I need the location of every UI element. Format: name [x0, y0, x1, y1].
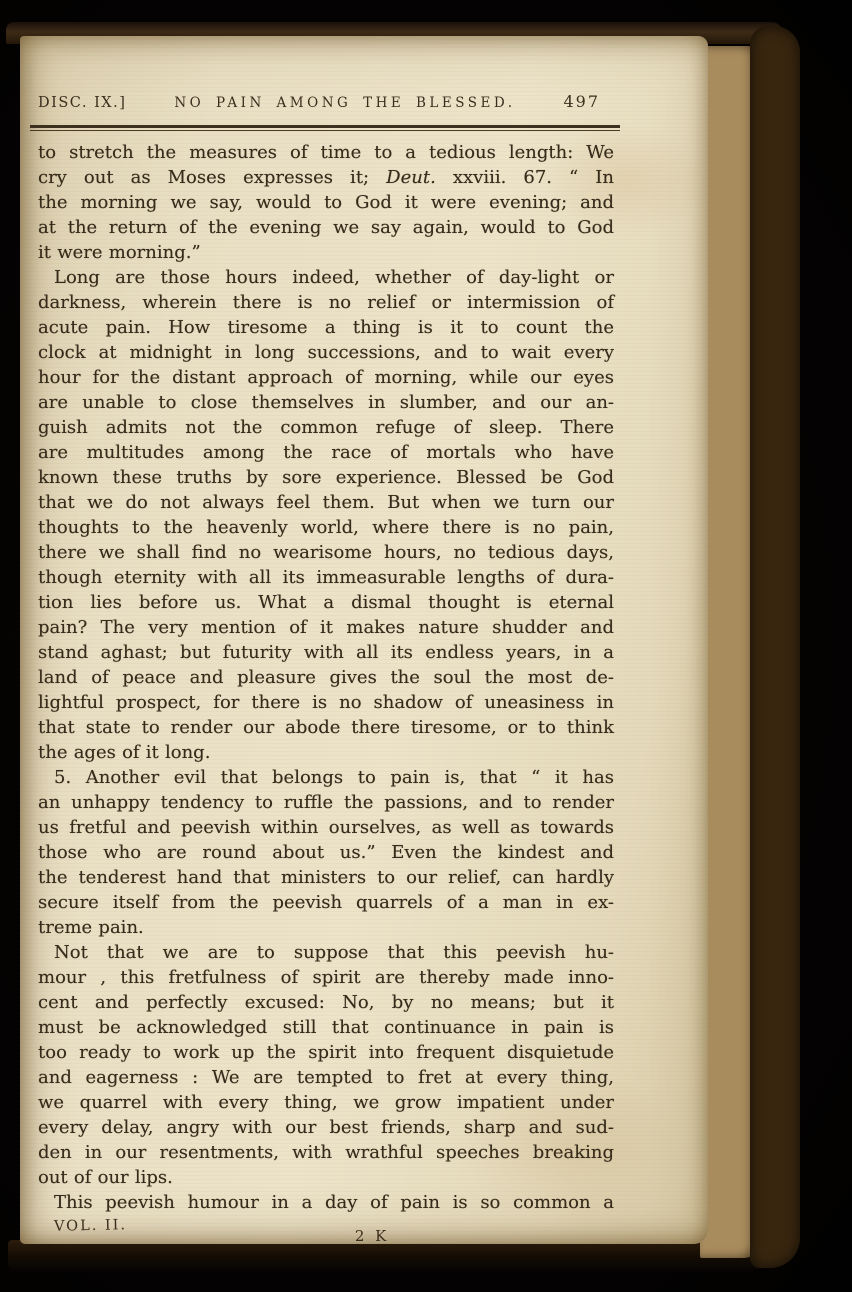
text-segment: at the return of the evening we say agai…	[38, 217, 614, 238]
paragraph: 5. Another evil that belongs to pain is,…	[38, 765, 614, 940]
text-segment: land of peace and pleasure gives the sou…	[38, 667, 614, 688]
text-segment: treme pain.	[38, 917, 144, 938]
text-line: This peevish humour in a day of pain is …	[38, 1190, 614, 1215]
text-line: us fretful and peevish within ourselves,…	[38, 815, 614, 840]
text-line: treme pain.	[38, 915, 614, 940]
header-double-rule	[30, 125, 620, 131]
text-segment: acute pain. How tiresome a thing is it t…	[38, 317, 614, 338]
text-segment: us fretful and peevish within ourselves,…	[38, 817, 614, 838]
text-segment: xxviii. 67. “ In	[436, 167, 614, 188]
text-segment: secure itself from the peevish quarrels …	[38, 892, 614, 913]
text-segment: clock at midnight in long successions, a…	[38, 342, 614, 363]
paragraph: Not that we are to suppose that this pee…	[38, 940, 614, 1190]
text-line: stand aghast; but futurity with all its …	[38, 640, 614, 665]
text-segment: stand aghast; but futurity with all its …	[38, 642, 614, 663]
text-segment: known these truths by sore experience. B…	[38, 467, 614, 488]
text-segment: there we shall find no wearisome hours, …	[38, 542, 614, 563]
text-segment: cent and perfectly excused: No, by no me…	[38, 992, 614, 1013]
text-line: that state to render our abode there tir…	[38, 715, 614, 740]
text-line: out of our lips.	[38, 1165, 614, 1190]
text-segment: pain? The very mention of it makes natur…	[38, 617, 614, 638]
page-footer: VOL. II. 2 K	[38, 1218, 614, 1248]
text-column: to stretch the measures of time to a ted…	[38, 140, 614, 1215]
text-line: darkness, wherein there is no relief or …	[38, 290, 614, 315]
text-segment: cry out as Moses expresses it;	[38, 167, 386, 188]
running-title: NO PAIN AMONG THE BLESSED.	[126, 95, 563, 111]
text-line: lightful prospect, for there is no shado…	[38, 690, 614, 715]
text-line: and eagerness : We are tempted to fret a…	[38, 1065, 614, 1090]
text-segment: every delay, angry with our best friends…	[38, 1117, 614, 1138]
text-segment: tion lies before us. What a dismal thoug…	[38, 592, 614, 613]
text-segment: hour for the distant approach of morning…	[38, 367, 614, 388]
running-header: DISC. IX.] NO PAIN AMONG THE BLESSED. 49…	[38, 92, 614, 118]
page-number: 497	[563, 92, 614, 111]
text-segment: Not that we are to suppose that this pee…	[54, 942, 614, 963]
book-photo: DISC. IX.] NO PAIN AMONG THE BLESSED. 49…	[0, 0, 852, 1292]
text-segment: Long are those hours indeed, whether of …	[54, 267, 614, 288]
italic-text: Deut.	[386, 167, 436, 188]
text-segment: that state to render our abode there tir…	[38, 717, 614, 738]
text-line: are multitudes among the race of mortals…	[38, 440, 614, 465]
text-line: the tenderest hand that ministers to our…	[38, 865, 614, 890]
text-line: land of peace and pleasure gives the sou…	[38, 665, 614, 690]
text-segment: guish admits not the common refuge of sl…	[38, 417, 614, 438]
text-segment: it were morning.”	[38, 242, 201, 263]
text-line: every delay, angry with our best friends…	[38, 1115, 614, 1140]
paragraph: to stretch the measures of time to a ted…	[38, 140, 614, 265]
text-segment: thoughts to the heavenly world, where th…	[38, 517, 614, 538]
text-segment: though eternity with all its immeasurabl…	[38, 567, 614, 588]
text-line: must be acknowledged still that continua…	[38, 1015, 614, 1040]
text-segment: those who are round about us.” Even the …	[38, 842, 614, 863]
text-line: it were morning.”	[38, 240, 614, 265]
text-line: known these truths by sore experience. B…	[38, 465, 614, 490]
text-segment: the ages of it long.	[38, 742, 210, 763]
text-segment: the morning we say, would to God it were…	[38, 192, 614, 213]
discourse-label: DISC. IX.]	[38, 95, 126, 111]
text-line: pain? The very mention of it makes natur…	[38, 615, 614, 640]
signature-mark: 2 K	[355, 1227, 390, 1245]
text-line: at the return of the evening we say agai…	[38, 215, 614, 240]
text-line: cent and perfectly excused: No, by no me…	[38, 990, 614, 1015]
text-line: that we do not always feel them. But whe…	[38, 490, 614, 515]
text-line: secure itself from the peevish quarrels …	[38, 890, 614, 915]
text-segment: lightful prospect, for there is no shado…	[38, 692, 614, 713]
paragraph: Long are those hours indeed, whether of …	[38, 265, 614, 765]
text-segment: den in our resentments, with wrathful sp…	[38, 1142, 614, 1163]
volume-label: VOL. II.	[54, 1217, 127, 1235]
text-line: clock at midnight in long successions, a…	[38, 340, 614, 365]
text-line: too ready to work up the spirit into fre…	[38, 1040, 614, 1065]
text-line: tion lies before us. What a dismal thoug…	[38, 590, 614, 615]
text-line: the ages of it long.	[38, 740, 614, 765]
text-line: guish admits not the common refuge of sl…	[38, 415, 614, 440]
text-line: an unhappy tendency to ruffle the passio…	[38, 790, 614, 815]
text-line: acute pain. How tiresome a thing is it t…	[38, 315, 614, 340]
text-line: are unable to close themselves in slumbe…	[38, 390, 614, 415]
text-line: mour , this fretfulness of spirit are th…	[38, 965, 614, 990]
text-segment: and eagerness : We are tempted to fret a…	[38, 1067, 614, 1088]
text-line: though eternity with all its immeasurabl…	[38, 565, 614, 590]
book-page: DISC. IX.] NO PAIN AMONG THE BLESSED. 49…	[20, 36, 708, 1244]
text-line: there we shall find no wearisome hours, …	[38, 540, 614, 565]
text-segment: 5. Another evil that belongs to pain is,…	[54, 767, 614, 788]
text-line: those who are round about us.” Even the …	[38, 840, 614, 865]
text-segment: darkness, wherein there is no relief or …	[38, 292, 614, 313]
text-line: hour for the distant approach of morning…	[38, 365, 614, 390]
text-segment: out of our lips.	[38, 1167, 173, 1188]
text-segment: that we do not always feel them. But whe…	[38, 492, 614, 513]
text-line: Long are those hours indeed, whether of …	[38, 265, 614, 290]
book-cover-edge	[750, 26, 800, 1268]
text-segment: mour , this fretfulness of spirit are th…	[38, 967, 614, 988]
text-line: the morning we say, would to God it were…	[38, 190, 614, 215]
text-segment: too ready to work up the spirit into fre…	[38, 1042, 614, 1063]
text-line: Not that we are to suppose that this pee…	[38, 940, 614, 965]
text-segment: are unable to close themselves in slumbe…	[38, 392, 614, 413]
text-segment: to stretch the measures of time to a ted…	[38, 142, 614, 163]
text-segment: an unhappy tendency to ruffle the passio…	[38, 792, 614, 813]
page-content: DISC. IX.] NO PAIN AMONG THE BLESSED. 49…	[38, 92, 614, 1248]
text-line: we quarrel with every thing, we grow imp…	[38, 1090, 614, 1115]
text-line: 5. Another evil that belongs to pain is,…	[38, 765, 614, 790]
text-line: thoughts to the heavenly world, where th…	[38, 515, 614, 540]
text-line: den in our resentments, with wrathful sp…	[38, 1140, 614, 1165]
text-line: to stretch the measures of time to a ted…	[38, 140, 614, 165]
text-segment: must be acknowledged still that continua…	[38, 1017, 614, 1038]
text-segment: the tenderest hand that ministers to our…	[38, 867, 614, 888]
text-line: cry out as Moses expresses it; Deut. xxv…	[38, 165, 614, 190]
text-segment: are multitudes among the race of mortals…	[38, 442, 614, 463]
text-segment: we quarrel with every thing, we grow imp…	[38, 1092, 614, 1113]
paragraph: This peevish humour in a day of pain is …	[38, 1190, 614, 1215]
text-segment: This peevish humour in a day of pain is …	[54, 1192, 614, 1213]
